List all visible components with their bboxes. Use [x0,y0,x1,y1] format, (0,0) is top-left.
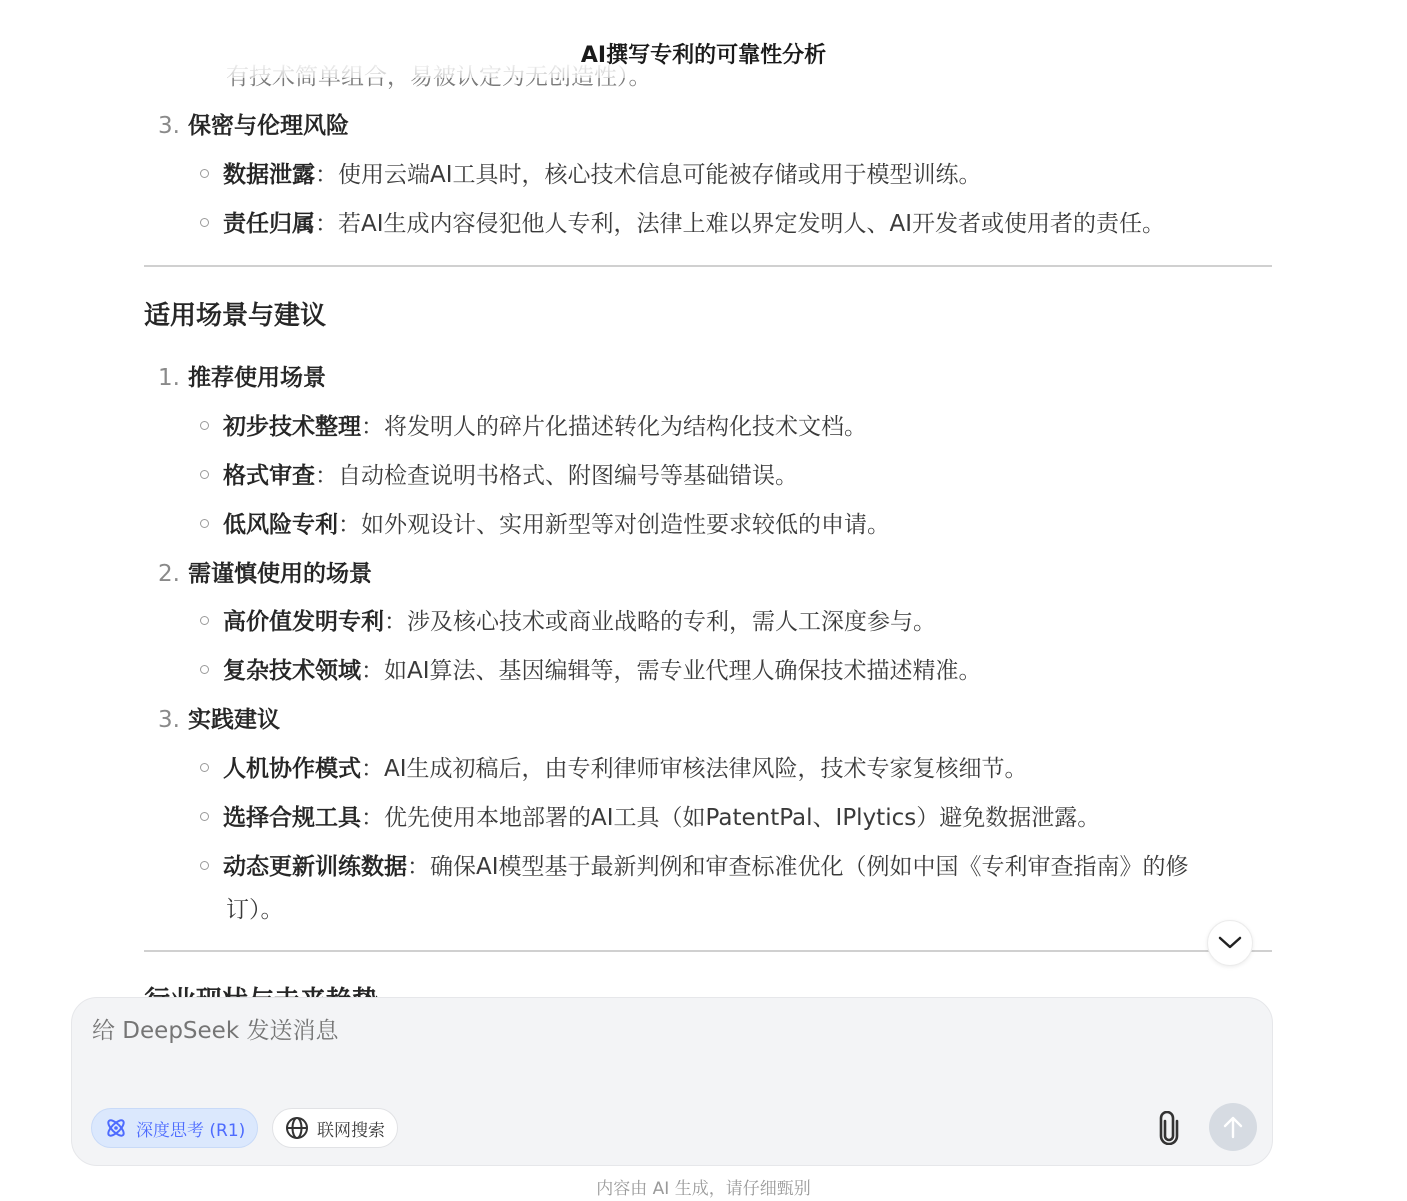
divider [144,265,1272,267]
message-composer: 深度思考 (R1) 联网搜索 [71,997,1273,1166]
bullet-circle-icon [200,470,209,479]
conversation-title: AI撰写专利的可靠性分析 [0,38,1407,69]
bullet-circle-icon [200,218,209,227]
web-search-label: 联网搜索 [317,1116,385,1141]
bullet-initial-tech-organize: 初步技术整理：将发明人的碎片化描述转化为结构化技术文档。 [200,412,867,442]
bullet-human-ai-collab: 人机协作模式：AI生成初稿后，由专利律师审核法律风险，技术专家复核细节。 [200,754,1028,784]
message-input[interactable] [92,1018,1192,1044]
bullet-circle-icon [200,616,209,625]
bullet-liability: 责任归属：若AI生成内容侵犯他人专利，法律上难以界定发明人、AI开发者或使用者的… [200,209,1165,239]
bullet-data-leak: 数据泄露：使用云端AI工具时，核心技术信息可能被存储或用于模型训练。 [200,160,982,190]
atom-icon [104,1116,128,1140]
bullet-continuation: 订）。 [226,895,284,925]
bullet-dynamic-training-data: 动态更新训练数据：确保AI模型基于最新判例和审查标准优化（例如中国《专利审查指南… [200,852,1189,882]
globe-icon [285,1116,309,1140]
section-heading-scenarios: 适用场景与建议 [144,300,326,332]
list-item-confidentiality-risk: 3.保密与伦理风险 [158,111,349,141]
web-search-toggle[interactable]: 联网搜索 [272,1108,398,1148]
bullet-format-review: 格式审查：自动检查说明书格式、附图编号等基础错误。 [200,461,798,491]
bullet-high-value-patent: 高价值发明专利：涉及核心技术或商业战略的专利，需人工深度参与。 [200,607,936,637]
send-button[interactable] [1209,1103,1257,1151]
divider [144,950,1272,952]
bullet-circle-icon [200,519,209,528]
chevron-down-icon [1218,936,1242,950]
paperclip-icon [1156,1111,1182,1145]
bullet-circle-icon [200,421,209,430]
bullet-circle-icon [200,763,209,772]
bullet-circle-icon [200,812,209,821]
list-item-practice: 3.实践建议 [158,705,280,735]
chat-scroll-area[interactable]: AI撰写专利的可靠性分析 有技术简单组合，易被认定为无创造性）。 3.保密与伦理… [0,0,1407,1000]
deep-think-label: 深度思考 (R1) [136,1116,245,1141]
arrow-up-icon [1222,1115,1244,1139]
bullet-low-risk-patent: 低风险专利：如外观设计、实用新型等对创造性要求较低的申请。 [200,510,890,540]
bullet-circle-icon [200,861,209,870]
bullet-complex-domain: 复杂技术领域：如AI算法、基因编辑等，需专业代理人确保技术描述精准。 [200,656,982,686]
scroll-to-bottom-button[interactable] [1207,920,1253,966]
deep-think-toggle[interactable]: 深度思考 (R1) [91,1108,258,1148]
list-item-caution: 2.需谨慎使用的场景 [158,559,372,589]
list-item-recommended: 1.推荐使用场景 [158,363,326,393]
ai-disclaimer: 内容由 AI 生成，请仔细甄别 [0,1174,1407,1199]
bullet-circle-icon [200,169,209,178]
attach-file-button[interactable] [1154,1110,1184,1146]
bullet-compliant-tools: 选择合规工具：优先使用本地部署的AI工具（如PatentPal、IPlytics… [200,803,1100,833]
chat-header: AI撰写专利的可靠性分析 [0,0,1407,78]
bullet-circle-icon [200,665,209,674]
